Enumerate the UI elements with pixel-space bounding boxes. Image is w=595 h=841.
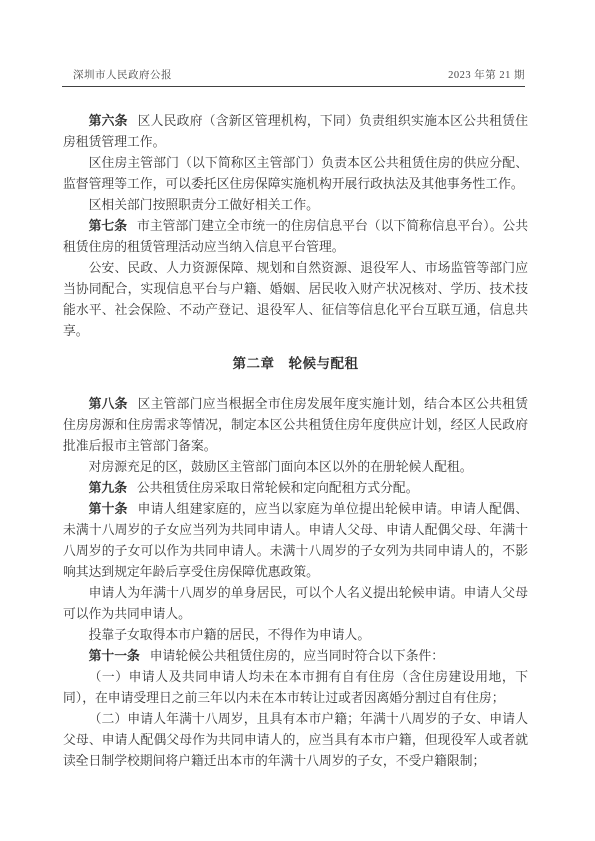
page-header: 深圳市人民政府公报 2023 年第 21 期: [62, 67, 525, 87]
paragraph-text: 申请人组建家庭的，应当以家庭为单位提出轮候申请。申请人配偶、未满十八周岁的子女应…: [63, 502, 528, 579]
page-number: 2: [76, 754, 81, 765]
article-paragraph: 第九条公共租赁住房采取日常轮候和定向配租方式分配。: [63, 478, 528, 499]
paragraph-text: 公安、民政、人力资源保障、规划和自然资源、退役军人、市场监管等部门应当协同配合，…: [63, 261, 528, 338]
document-body: 第六条区人民政府（含新区管理机构，下同）负责组织实施本区公共租赁住房租赁管理工作…: [63, 111, 528, 772]
paragraph: 区住房主管部门（以下简称区主管部门）负责本区公共租赁住房的供应分配、监督管理等工…: [63, 153, 528, 195]
issue-label: 2023 年第 21 期: [448, 67, 525, 82]
article-paragraph: 第七条市主管部门建立全市统一的住房信息平台（以下简称信息平台）。公共租赁住房的租…: [63, 216, 528, 258]
article-number: 第十一条: [89, 649, 140, 663]
paragraph-text: 投靠子女取得本市户籍的居民，不得作为申请人。: [89, 628, 371, 642]
paragraph-text: 区主管部门应当根据全市住房发展年度实施计划，结合本区公共租赁住房房源和住房需求等…: [63, 397, 528, 453]
paragraph-text: （二）申请人年满十八周岁，且具有本市户籍；年满十八周岁的子女、申请人父母、申请人…: [63, 712, 528, 768]
paragraph-text: 区相关部门按照职责分工做好相关工作。: [89, 198, 319, 212]
paragraph-text: 区住房主管部门（以下简称区主管部门）负责本区公共租赁住房的供应分配、监督管理等工…: [63, 156, 528, 191]
paragraph: 对房源充足的区，鼓励区主管部门面向本区以外的在册轮候人配租。: [63, 457, 528, 478]
publication-title: 深圳市人民政府公报: [62, 67, 172, 82]
article-paragraph: 第十条申请人组建家庭的，应当以家庭为单位提出轮候申请。申请人配偶、未满十八周岁的…: [63, 499, 528, 583]
chapter-title: 第二章 轮候与配租: [63, 353, 528, 374]
paragraph: 公安、民政、人力资源保障、规划和自然资源、退役军人、市场监管等部门应当协同配合，…: [63, 258, 528, 342]
paragraph-text: （一）申请人及共同申请人均未在本市拥有自有住房（含住房建设用地，下同），在申请受…: [63, 670, 528, 705]
paragraph-text: 市主管部门建立全市统一的住房信息平台（以下简称信息平台）。公共租赁住房的租赁管理…: [63, 219, 528, 254]
paragraph-text: 申请轮候公共租赁住房的，应当同时符合以下条件：: [150, 649, 444, 663]
paragraph-text: 申请人为年满十八周岁的单身居民，可以个人名义提出轮候申请。申请人父母可以作为共同…: [63, 586, 528, 621]
paragraph: 申请人为年满十八周岁的单身居民，可以个人名义提出轮候申请。申请人父母可以作为共同…: [63, 583, 528, 625]
paragraph: （一）申请人及共同申请人均未在本市拥有自有住房（含住房建设用地，下同），在申请受…: [63, 667, 528, 709]
gazette-page: 深圳市人民政府公报 2023 年第 21 期 第六条区人民政府（含新区管理机构，…: [0, 0, 595, 841]
article-number: 第十条: [89, 502, 128, 516]
article-paragraph: 第十一条申请轮候公共租赁住房的，应当同时符合以下条件：: [63, 646, 528, 667]
paragraph: （二）申请人年满十八周岁，且具有本市户籍；年满十八周岁的子女、申请人父母、申请人…: [63, 709, 528, 772]
article-number: 第八条: [89, 397, 128, 411]
article-number: 第七条: [89, 219, 127, 233]
paragraph-text: 公共租赁住房采取日常轮候和定向配租方式分配。: [137, 481, 419, 495]
article-paragraph: 第六条区人民政府（含新区管理机构，下同）负责组织实施本区公共租赁住房租赁管理工作…: [63, 111, 528, 153]
article-number: 第九条: [89, 481, 127, 495]
paragraph-text: 区人民政府（含新区管理机构，下同）负责组织实施本区公共租赁住房租赁管理工作。: [63, 114, 528, 149]
article-number: 第六条: [89, 114, 128, 128]
article-paragraph: 第八条区主管部门应当根据全市住房发展年度实施计划，结合本区公共租赁住房房源和住房…: [63, 394, 528, 457]
paragraph-text: 对房源充足的区，鼓励区主管部门面向本区以外的在册轮候人配租。: [89, 460, 473, 474]
paragraph: 区相关部门按照职责分工做好相关工作。: [63, 195, 528, 216]
paragraph: 投靠子女取得本市户籍的居民，不得作为申请人。: [63, 625, 528, 646]
page-footer: 2: [76, 754, 81, 765]
